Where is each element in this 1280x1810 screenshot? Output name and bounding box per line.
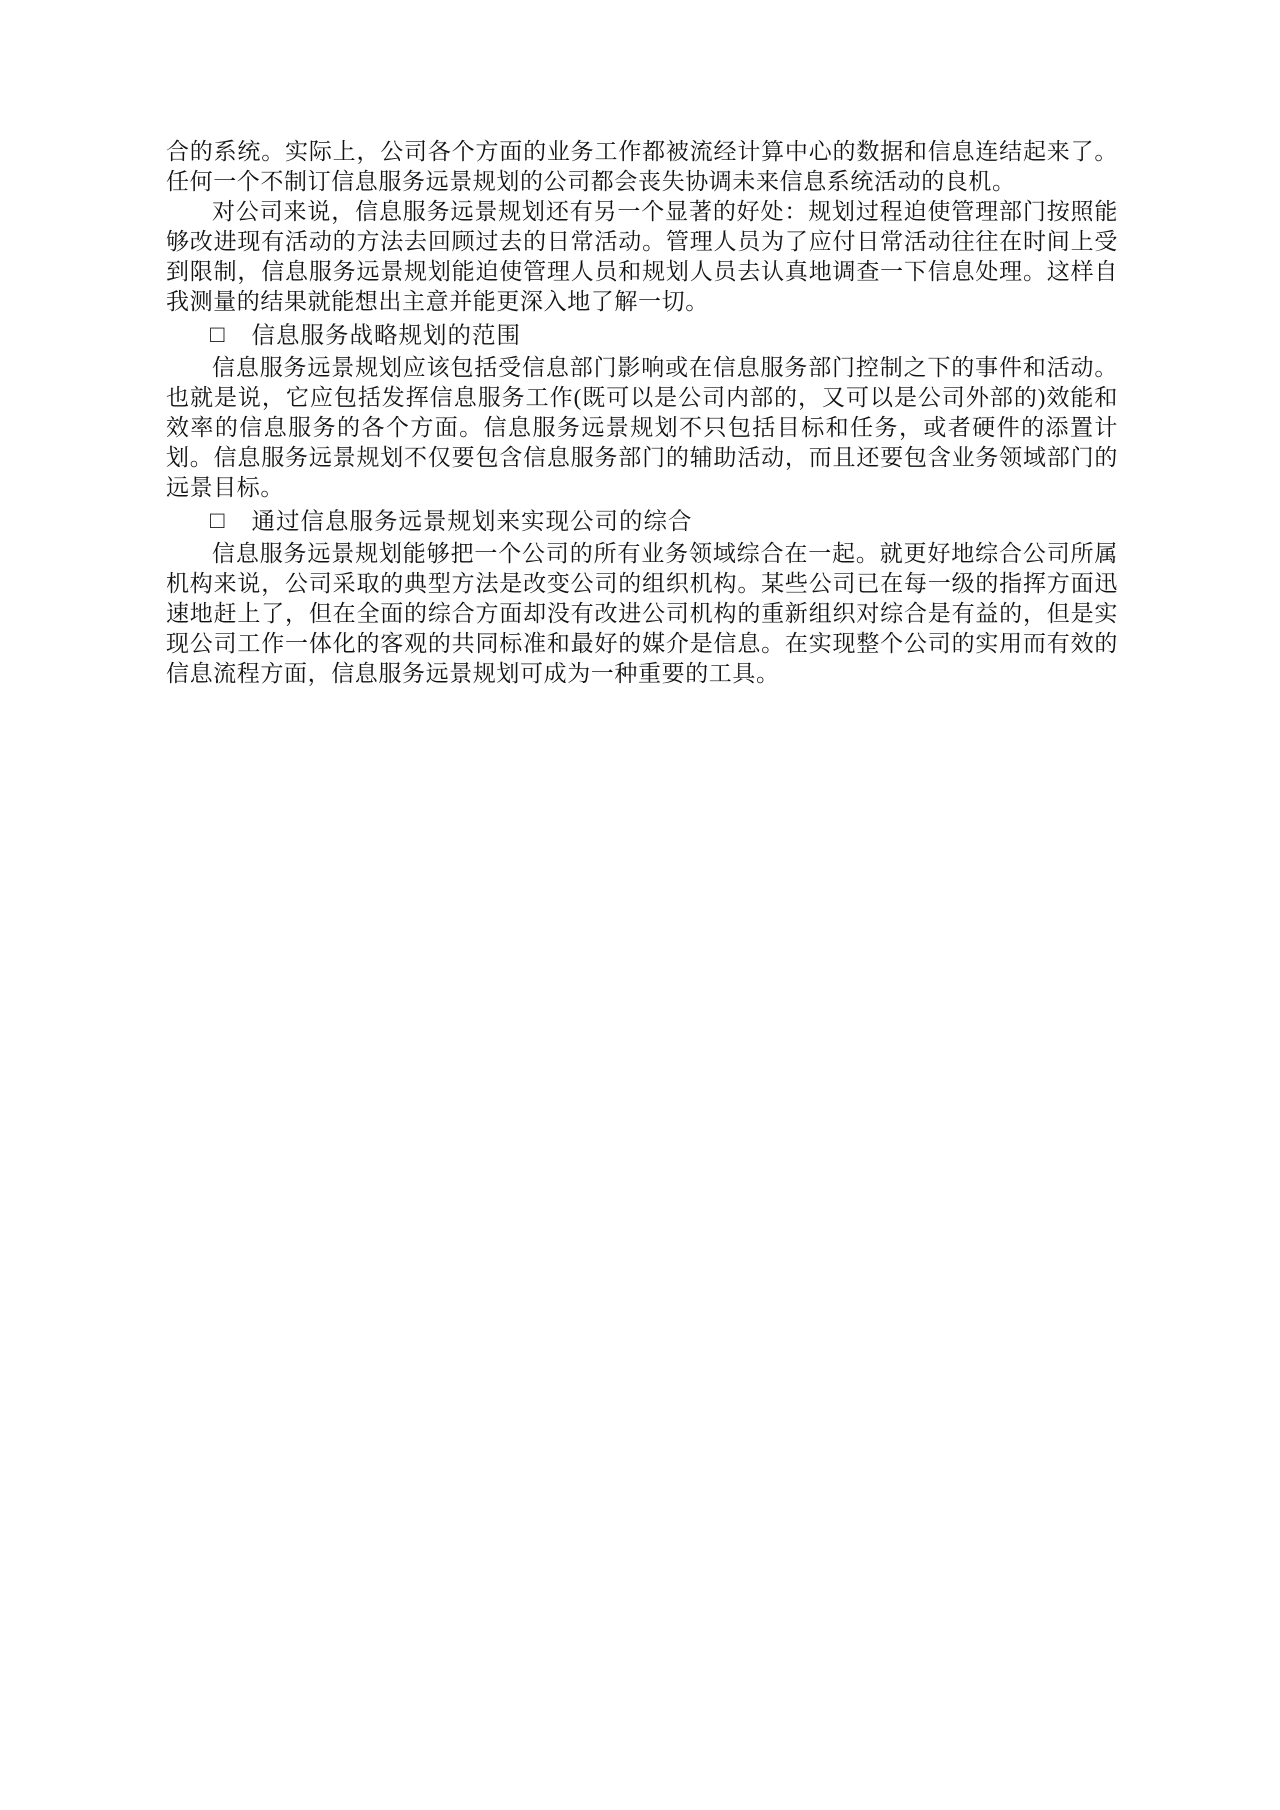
square-bullet-icon: □ <box>210 506 226 536</box>
document-page: 合的系统。实际上，公司各个方面的业务工作都被流经计算中心的数据和信息连结起来了。… <box>0 0 1280 1810</box>
paragraph-continuation: 合的系统。实际上，公司各个方面的业务工作都被流经计算中心的数据和信息连结起来了。… <box>166 137 1118 197</box>
paragraph: 信息服务远景规划应该包括受信息部门影响或在信息服务部门控制之下的事件和活动。也就… <box>166 353 1118 503</box>
paragraph: 信息服务远景规划能够把一个公司的所有业务领域综合在一起。就更好地综合公司所属机构… <box>166 539 1118 689</box>
square-bullet-icon: □ <box>210 320 226 350</box>
section-heading: □通过信息服务远景规划来实现公司的综合 <box>166 506 1118 537</box>
section-heading: □信息服务战略规划的范围 <box>166 320 1118 351</box>
section-heading-text: 通过信息服务远景规划来实现公司的综合 <box>252 508 693 534</box>
text-column: 合的系统。实际上，公司各个方面的业务工作都被流经计算中心的数据和信息连结起来了。… <box>166 137 1118 689</box>
paragraph: 对公司来说，信息服务远景规划还有另一个显著的好处：规划过程迫使管理部门按照能够改… <box>166 197 1118 317</box>
section-heading-text: 信息服务战略规划的范围 <box>252 322 522 348</box>
